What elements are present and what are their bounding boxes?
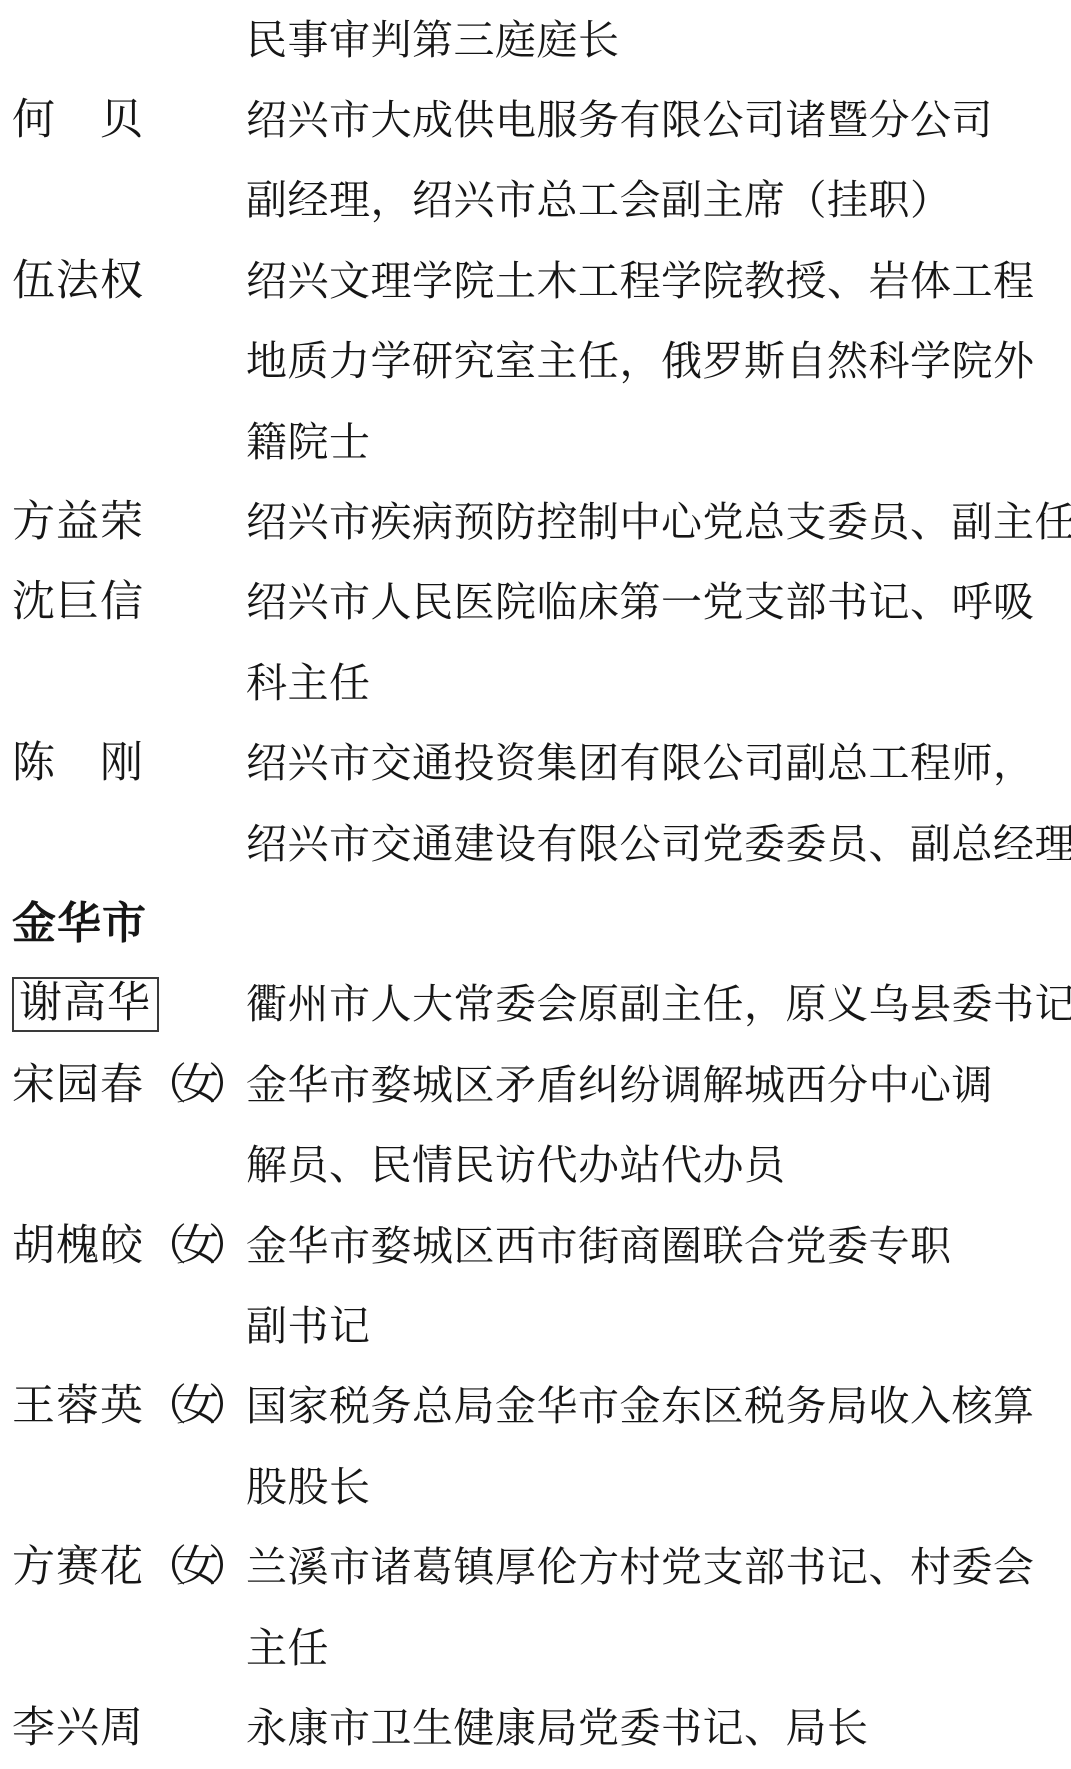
- entry-row: 李兴周永康市卫生健康局党委书记、局长: [12, 1688, 1071, 1768]
- gender-suffix: （女）: [144, 1223, 240, 1270]
- entry-row: 沈巨信绍兴市人民医院临床第一党支部书记、呼吸: [12, 563, 1071, 643]
- entry-row: 伍法权绍兴文理学院土木工程学院教授、岩体工程: [12, 241, 1071, 321]
- person-name: 方益荣: [12, 499, 144, 546]
- name-position-list: 民事审判第三庭庭长何 贝绍兴市大成供电服务有限公司诸暨分公司副经理，绍兴市总工会…: [12, 0, 1071, 1769]
- name-cell: 胡槐皎（女）: [12, 1225, 246, 1268]
- gender-suffix: （女）: [144, 1544, 240, 1591]
- position-text: 兰溪市诸葛镇厚伦方村党支部书记、村委会: [246, 1547, 1071, 1588]
- position-text: 金华市婺城区矛盾纠纷调解城西分中心调: [246, 1065, 1071, 1106]
- name-cell: 李兴周: [12, 1707, 246, 1750]
- continuation-row: 股股长: [12, 1447, 1071, 1527]
- name-cell: 宋园春（女）: [12, 1064, 246, 1107]
- name-cell: 何 贝: [12, 99, 246, 142]
- name-cell: 伍法权: [12, 260, 246, 303]
- section-title: 金华市: [12, 899, 147, 948]
- entry-row: 陈 刚绍兴市交通投资集团有限公司副总工程师，: [12, 724, 1071, 804]
- position-text: 副书记: [246, 1306, 1071, 1347]
- position-text: 民事审判第三庭庭长: [246, 20, 1071, 61]
- entry-row: 方赛花（女）兰溪市诸葛镇厚伦方村党支部书记、村委会: [12, 1527, 1071, 1607]
- position-text: 主任: [246, 1628, 1071, 1669]
- name-cell: 方赛花（女）: [12, 1546, 246, 1589]
- gender-suffix: （女）: [144, 1383, 240, 1430]
- position-text: 副经理，绍兴市总工会副主席（挂职）: [246, 180, 1071, 221]
- entry-row: 王蓉英（女）国家税务总局金华市金东区税务局收入核算: [12, 1367, 1071, 1447]
- continuation-row: 民事审判第三庭庭长: [12, 0, 1071, 80]
- continuation-row: 科主任: [12, 643, 1071, 723]
- continuation-row: 地质力学研究室主任，俄罗斯自然科学院外: [12, 322, 1071, 402]
- person-name: 王蓉英: [12, 1383, 144, 1430]
- entry-row: 宋园春（女）金华市婺城区矛盾纠纷调解城西分中心调: [12, 1045, 1071, 1125]
- position-text: 绍兴市人民医院临床第一党支部书记、呼吸: [246, 582, 1071, 623]
- person-name: 陈 刚: [12, 740, 144, 787]
- position-text: 国家税务总局金华市金东区税务局收入核算: [246, 1386, 1071, 1427]
- person-name: 沈巨信: [12, 579, 144, 626]
- position-text: 科主任: [246, 663, 1071, 704]
- gender-suffix: （女）: [144, 1062, 240, 1109]
- position-text: 绍兴文理学院土木工程学院教授、岩体工程: [246, 261, 1071, 302]
- position-text: 地质力学研究室主任，俄罗斯自然科学院外: [246, 341, 1071, 382]
- position-text: 金华市婺城区西市街商圈联合党委专职: [246, 1226, 1071, 1267]
- deceased-name-box: 谢高华: [12, 977, 159, 1032]
- position-text: 解员、民情民访代办站代办员: [246, 1145, 1071, 1186]
- name-cell: 谢高华: [12, 977, 246, 1032]
- section-row: 金华市: [12, 884, 1071, 964]
- person-name: 胡槐皎: [12, 1223, 144, 1270]
- position-text: 永康市卫生健康局党委书记、局长: [246, 1708, 1071, 1749]
- position-text: 股股长: [246, 1467, 1071, 1508]
- continuation-row: 副书记: [12, 1286, 1071, 1366]
- person-name: 方赛花: [12, 1544, 144, 1591]
- continuation-row: 籍院士: [12, 402, 1071, 482]
- name-cell: 方益荣: [12, 501, 246, 544]
- position-text: 衢州市人大常委会原副主任，原义乌县委书记: [246, 984, 1071, 1025]
- entry-row: 胡槐皎（女）金华市婺城区西市街商圈联合党委专职: [12, 1206, 1071, 1286]
- entry-row: 谢高华衢州市人大常委会原副主任，原义乌县委书记: [12, 965, 1071, 1045]
- continuation-row: 副经理，绍兴市总工会副主席（挂职）: [12, 161, 1071, 241]
- position-text: 绍兴市疾病预防控制中心党总支委员、副主任: [246, 502, 1071, 543]
- person-name: 伍法权: [12, 258, 144, 305]
- continuation-row: 绍兴市交通建设有限公司党委委员、副总经理: [12, 804, 1071, 884]
- position-text: 绍兴市大成供电服务有限公司诸暨分公司: [246, 100, 1071, 141]
- person-name: 李兴周: [12, 1705, 144, 1752]
- person-name: 宋园春: [12, 1062, 144, 1109]
- name-cell: 沈巨信: [12, 581, 246, 624]
- name-cell: 王蓉英（女）: [12, 1385, 246, 1428]
- document-page: 民事审判第三庭庭长何 贝绍兴市大成供电服务有限公司诸暨分公司副经理，绍兴市总工会…: [0, 0, 1071, 1769]
- position-text: 籍院士: [246, 422, 1071, 463]
- continuation-row: 主任: [12, 1608, 1071, 1688]
- name-cell: 陈 刚: [12, 742, 246, 785]
- section-heading: 金华市: [12, 902, 246, 946]
- person-name: 何 贝: [12, 97, 144, 144]
- continuation-row: 解员、民情民访代办站代办员: [12, 1125, 1071, 1205]
- position-text: 绍兴市交通建设有限公司党委委员、副总经理: [246, 824, 1071, 865]
- position-text: 绍兴市交通投资集团有限公司副总工程师，: [246, 743, 1071, 784]
- entry-row: 何 贝绍兴市大成供电服务有限公司诸暨分公司: [12, 80, 1071, 160]
- entry-row: 方益荣绍兴市疾病预防控制中心党总支委员、副主任: [12, 482, 1071, 562]
